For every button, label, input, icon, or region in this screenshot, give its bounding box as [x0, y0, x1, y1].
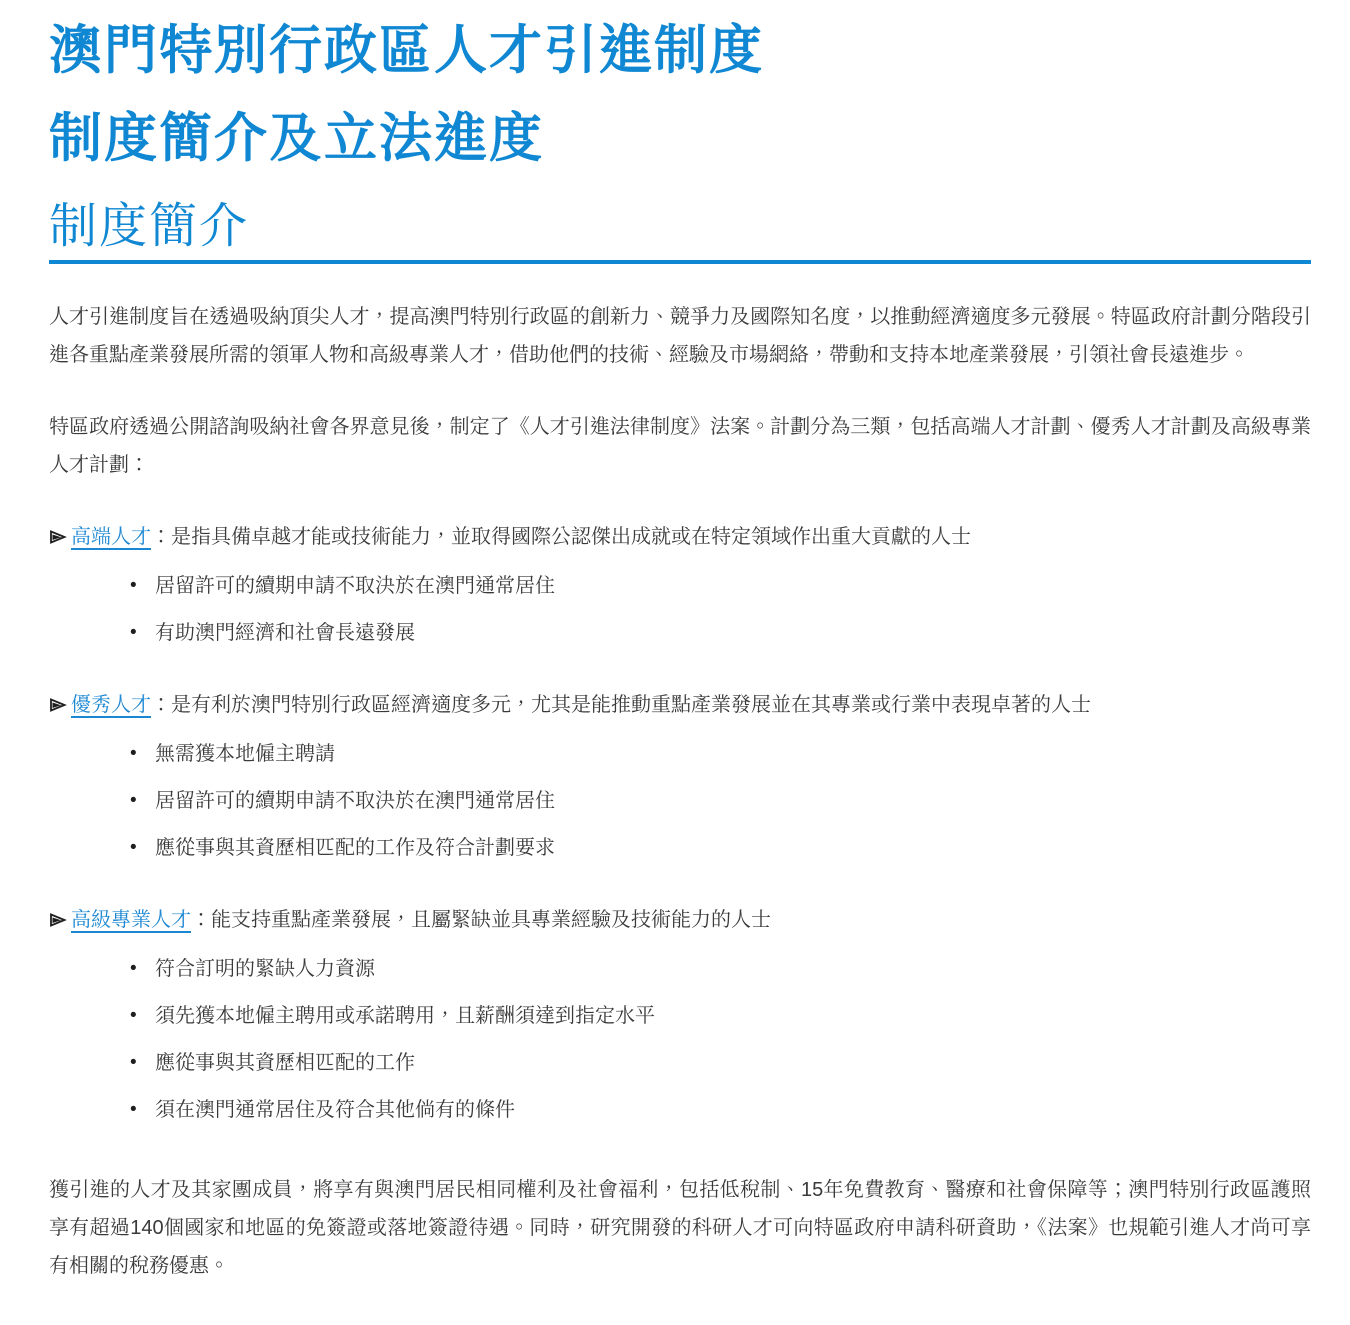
arrowhead-right-icon: [49, 520, 71, 558]
arrowhead-right-icon: [49, 903, 71, 941]
category-bullet-list: 居留許可的續期申請不取決於在澳門通常居住 有助澳門經濟和社會長遠發展: [49, 567, 1311, 652]
list-item: 居留許可的續期申請不取決於在澳門通常居住: [155, 567, 1311, 605]
list-item: 應從事與其資歷相匹配的工作: [155, 1044, 1311, 1082]
link-advanced-professional-talent[interactable]: 高級專業人才: [71, 909, 191, 931]
link-high-end-talent[interactable]: 高端人才: [71, 526, 151, 548]
list-item: 居留許可的續期申請不取決於在澳門通常居住: [155, 782, 1311, 820]
intro-paragraph: 人才引進制度旨在透過吸納頂尖人才，提高澳門特別行政區的創新力、競爭力及國際知名度…: [49, 298, 1311, 374]
talent-category-high-end: 高端人才：是指具備卓越才能或技術能力，並取得國際公認傑出成就或在特定領域作出重大…: [49, 518, 1311, 652]
page-title-line-2: 制度簡介及立法進度: [49, 110, 1311, 168]
talent-category-advanced-professional: 高級專業人才：能支持重點產業發展，且屬緊缺並具專業經驗及技術能力的人士 符合訂明…: [49, 901, 1311, 1129]
list-item: 無需獲本地僱主聘請: [155, 735, 1311, 773]
talent-category-excellent: 優秀人才：是有利於澳門特別行政區經濟適度多元，尤其是能推動重點產業發展並在其專業…: [49, 686, 1311, 867]
category-description: ：是有利於澳門特別行政區經濟適度多元，尤其是能推動重點產業發展並在其專業或行業中…: [151, 694, 1091, 716]
category-description: ：能支持重點產業發展，且屬緊缺並具專業經驗及技術能力的人士: [191, 909, 771, 931]
closing-paragraph: 獲引進的人才及其家團成員，將享有與澳門居民相同權利及社會福利，包括低稅制、15年…: [49, 1171, 1311, 1285]
category-heading-line: 高級專業人才：能支持重點產業發展，且屬緊缺並具專業經驗及技術能力的人士: [49, 901, 1311, 941]
page-title-line-1: 澳門特別行政區人才引進制度: [49, 22, 1311, 80]
category-bullet-list: 無需獲本地僱主聘請 居留許可的續期申請不取決於在澳門通常居住 應從事與其資歷相匹…: [49, 735, 1311, 867]
section-heading-system-intro: 制度簡介: [49, 200, 1311, 264]
arrowhead-right-icon: [49, 688, 71, 726]
plans-paragraph: 特區政府透過公開諮詢吸納社會各界意見後，制定了《人才引進法律制度》法案。計劃分為…: [49, 408, 1311, 484]
list-item: 有助澳門經濟和社會長遠發展: [155, 614, 1311, 652]
list-item: 須先獲本地僱主聘用或承諾聘用，且薪酬須達到指定水平: [155, 997, 1311, 1035]
list-item: 應從事與其資歷相匹配的工作及符合計劃要求: [155, 829, 1311, 867]
list-item: 須在澳門通常居住及符合其他倘有的條件: [155, 1091, 1311, 1129]
category-heading-line: 高端人才：是指具備卓越才能或技術能力，並取得國際公認傑出成就或在特定領域作出重大…: [49, 518, 1311, 558]
category-bullet-list: 符合訂明的緊缺人力資源 須先獲本地僱主聘用或承諾聘用，且薪酬須達到指定水平 應從…: [49, 950, 1311, 1129]
category-description: ：是指具備卓越才能或技術能力，並取得國際公認傑出成就或在特定領域作出重大貢獻的人…: [151, 526, 971, 548]
link-excellent-talent[interactable]: 優秀人才: [71, 694, 151, 716]
list-item: 符合訂明的緊缺人力資源: [155, 950, 1311, 988]
document-page: 澳門特別行政區人才引進制度 制度簡介及立法進度 制度簡介 人才引進制度旨在透過吸…: [0, 22, 1350, 1325]
category-heading-line: 優秀人才：是有利於澳門特別行政區經濟適度多元，尤其是能推動重點產業發展並在其專業…: [49, 686, 1311, 726]
